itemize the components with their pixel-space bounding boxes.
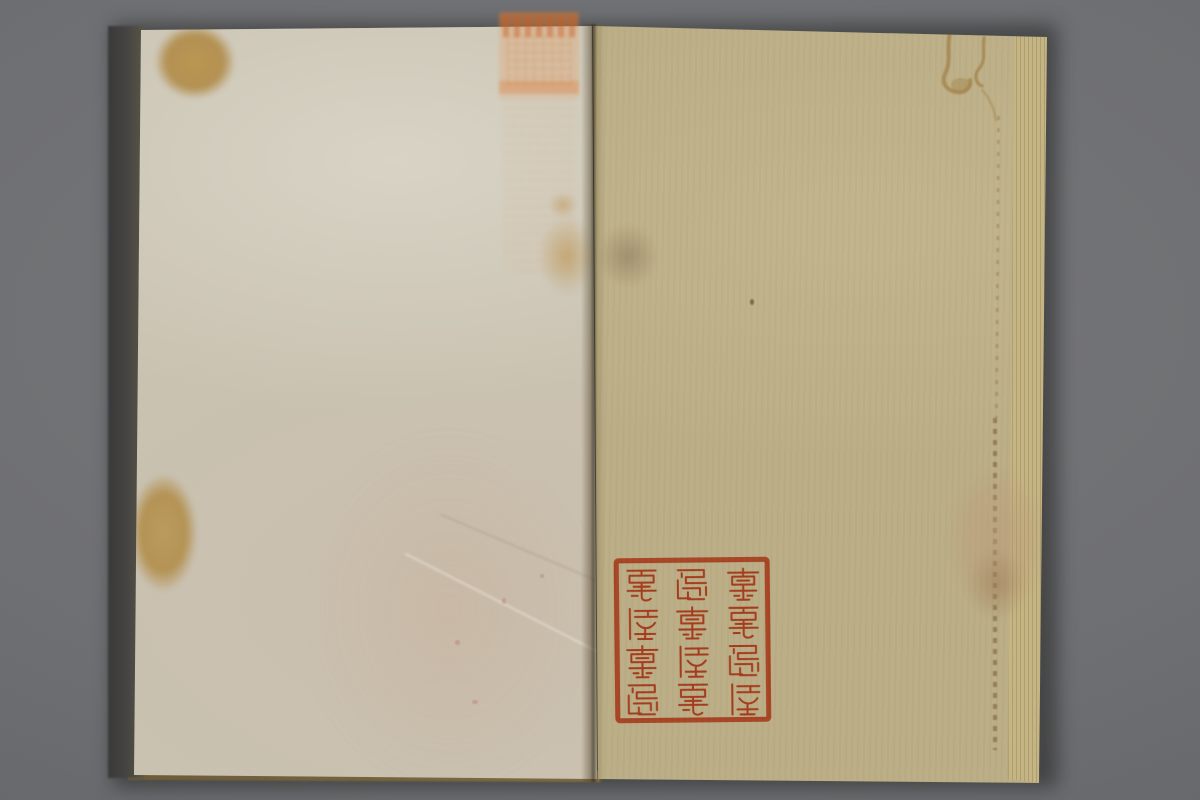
stain-dotted-line-upper bbox=[995, 116, 1000, 418]
stain-left-edge bbox=[129, 466, 211, 614]
stain-gutter-right bbox=[597, 224, 659, 288]
stain-speck bbox=[472, 700, 478, 704]
stain-water-fore-edge-dark bbox=[966, 548, 1028, 620]
spine-gutter-shadow bbox=[581, 24, 605, 782]
stain-speck bbox=[750, 299, 754, 305]
stain-speck bbox=[502, 598, 506, 604]
stain-speck bbox=[540, 574, 544, 578]
seal-script-graphic bbox=[611, 554, 774, 727]
stain-top-left-corner bbox=[146, 26, 248, 120]
stain-speck bbox=[455, 640, 460, 645]
photo-of-open-book: An antique thread-bound East Asian book … bbox=[0, 0, 1200, 800]
ghost-label-bleed-through bbox=[499, 12, 579, 100]
stain-pink-wash bbox=[298, 428, 600, 790]
collector-seal-stamp bbox=[611, 554, 774, 727]
ghost-label-faint-tail bbox=[504, 100, 576, 272]
